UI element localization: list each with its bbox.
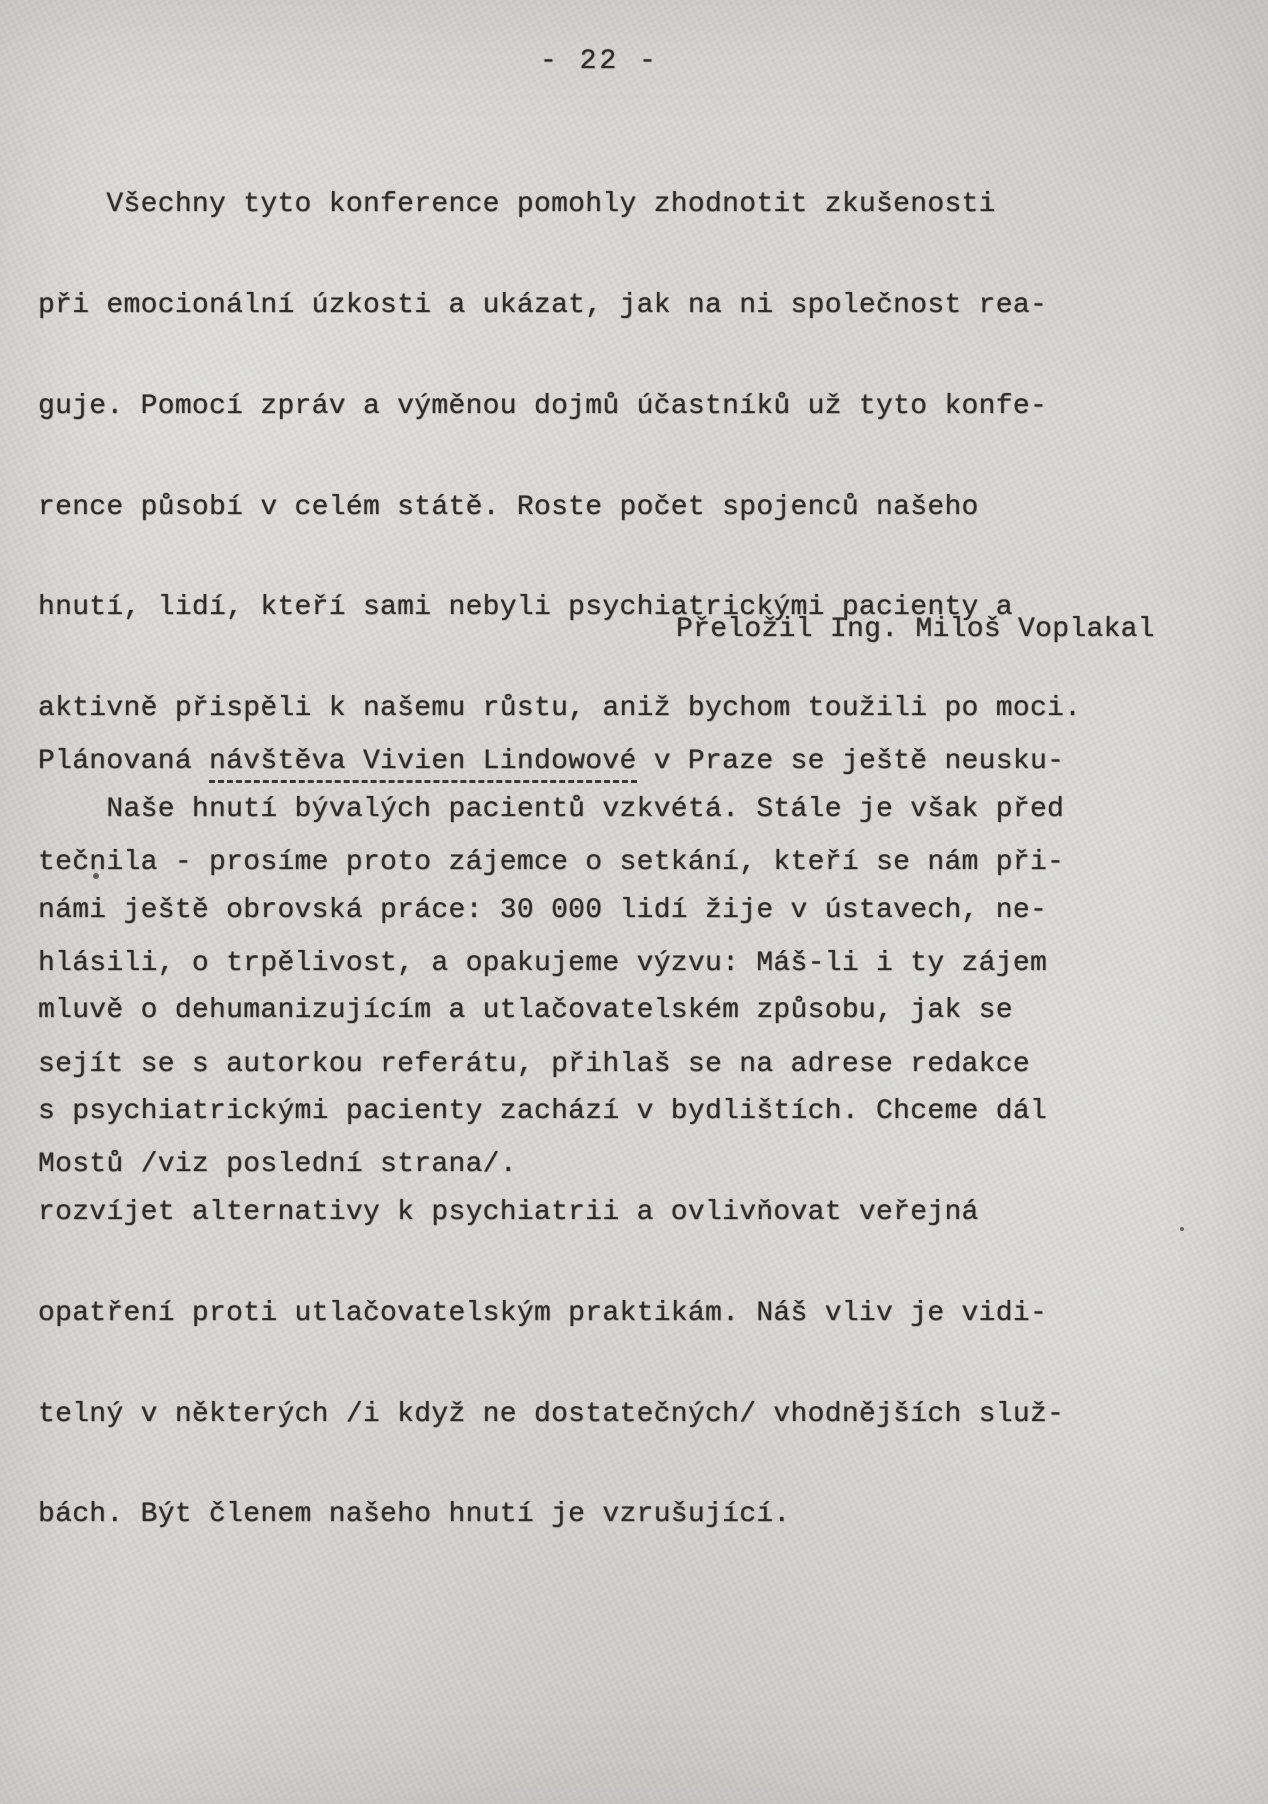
text-line: rence působí v celém státě. Roste počet …	[38, 491, 1081, 525]
paper-speck	[255, 853, 258, 856]
text-line: při emocionální úzkosti a ukázat, jak na…	[38, 289, 1081, 323]
text-line: guje. Pomocí zpráv a výměnou dojmů účast…	[38, 390, 1081, 424]
text-line: sejít se s autorkou referátu, přihlaš se…	[38, 1048, 1064, 1082]
page-number: - 22 -	[540, 46, 659, 77]
text-line: Mostů /viz poslední strana/.	[38, 1148, 1064, 1182]
paper-speck	[93, 873, 99, 879]
text-line: bách. Být členem našeho hnutí je vzrušuj…	[38, 1498, 1081, 1532]
text-line: opatření proti utlačovatelským praktikám…	[38, 1297, 1081, 1331]
text-line: Plánovaná návštěva Vivien Lindowové v Pr…	[38, 745, 1064, 779]
text-line: hlásili, o trpělivost, a opakujeme výzvu…	[38, 947, 1064, 981]
text-line: telný v některých /i když ne dostatečnýc…	[38, 1398, 1081, 1432]
paper-speck	[1180, 1227, 1184, 1231]
underlined-visit-text: návštěva Vivien Lindowové	[209, 746, 637, 783]
text-line: Všechny tyto konference pomohly zhodnoti…	[38, 188, 1081, 222]
paragraph-visit-notice: Plánovaná návštěva Vivien Lindowové v Pr…	[38, 678, 1064, 1249]
scanned-document-page: - 22 - Všechny tyto konference pomohly z…	[0, 0, 1268, 1804]
text-line: tečnila - prosíme proto zájemce o setkán…	[38, 846, 1064, 880]
text-segment: v Praze se ještě neusku-	[637, 746, 1065, 777]
text-segment: Plánovaná	[38, 746, 209, 777]
translator-credit: Přeložil Ing. Miloš Voplakal	[676, 614, 1155, 645]
